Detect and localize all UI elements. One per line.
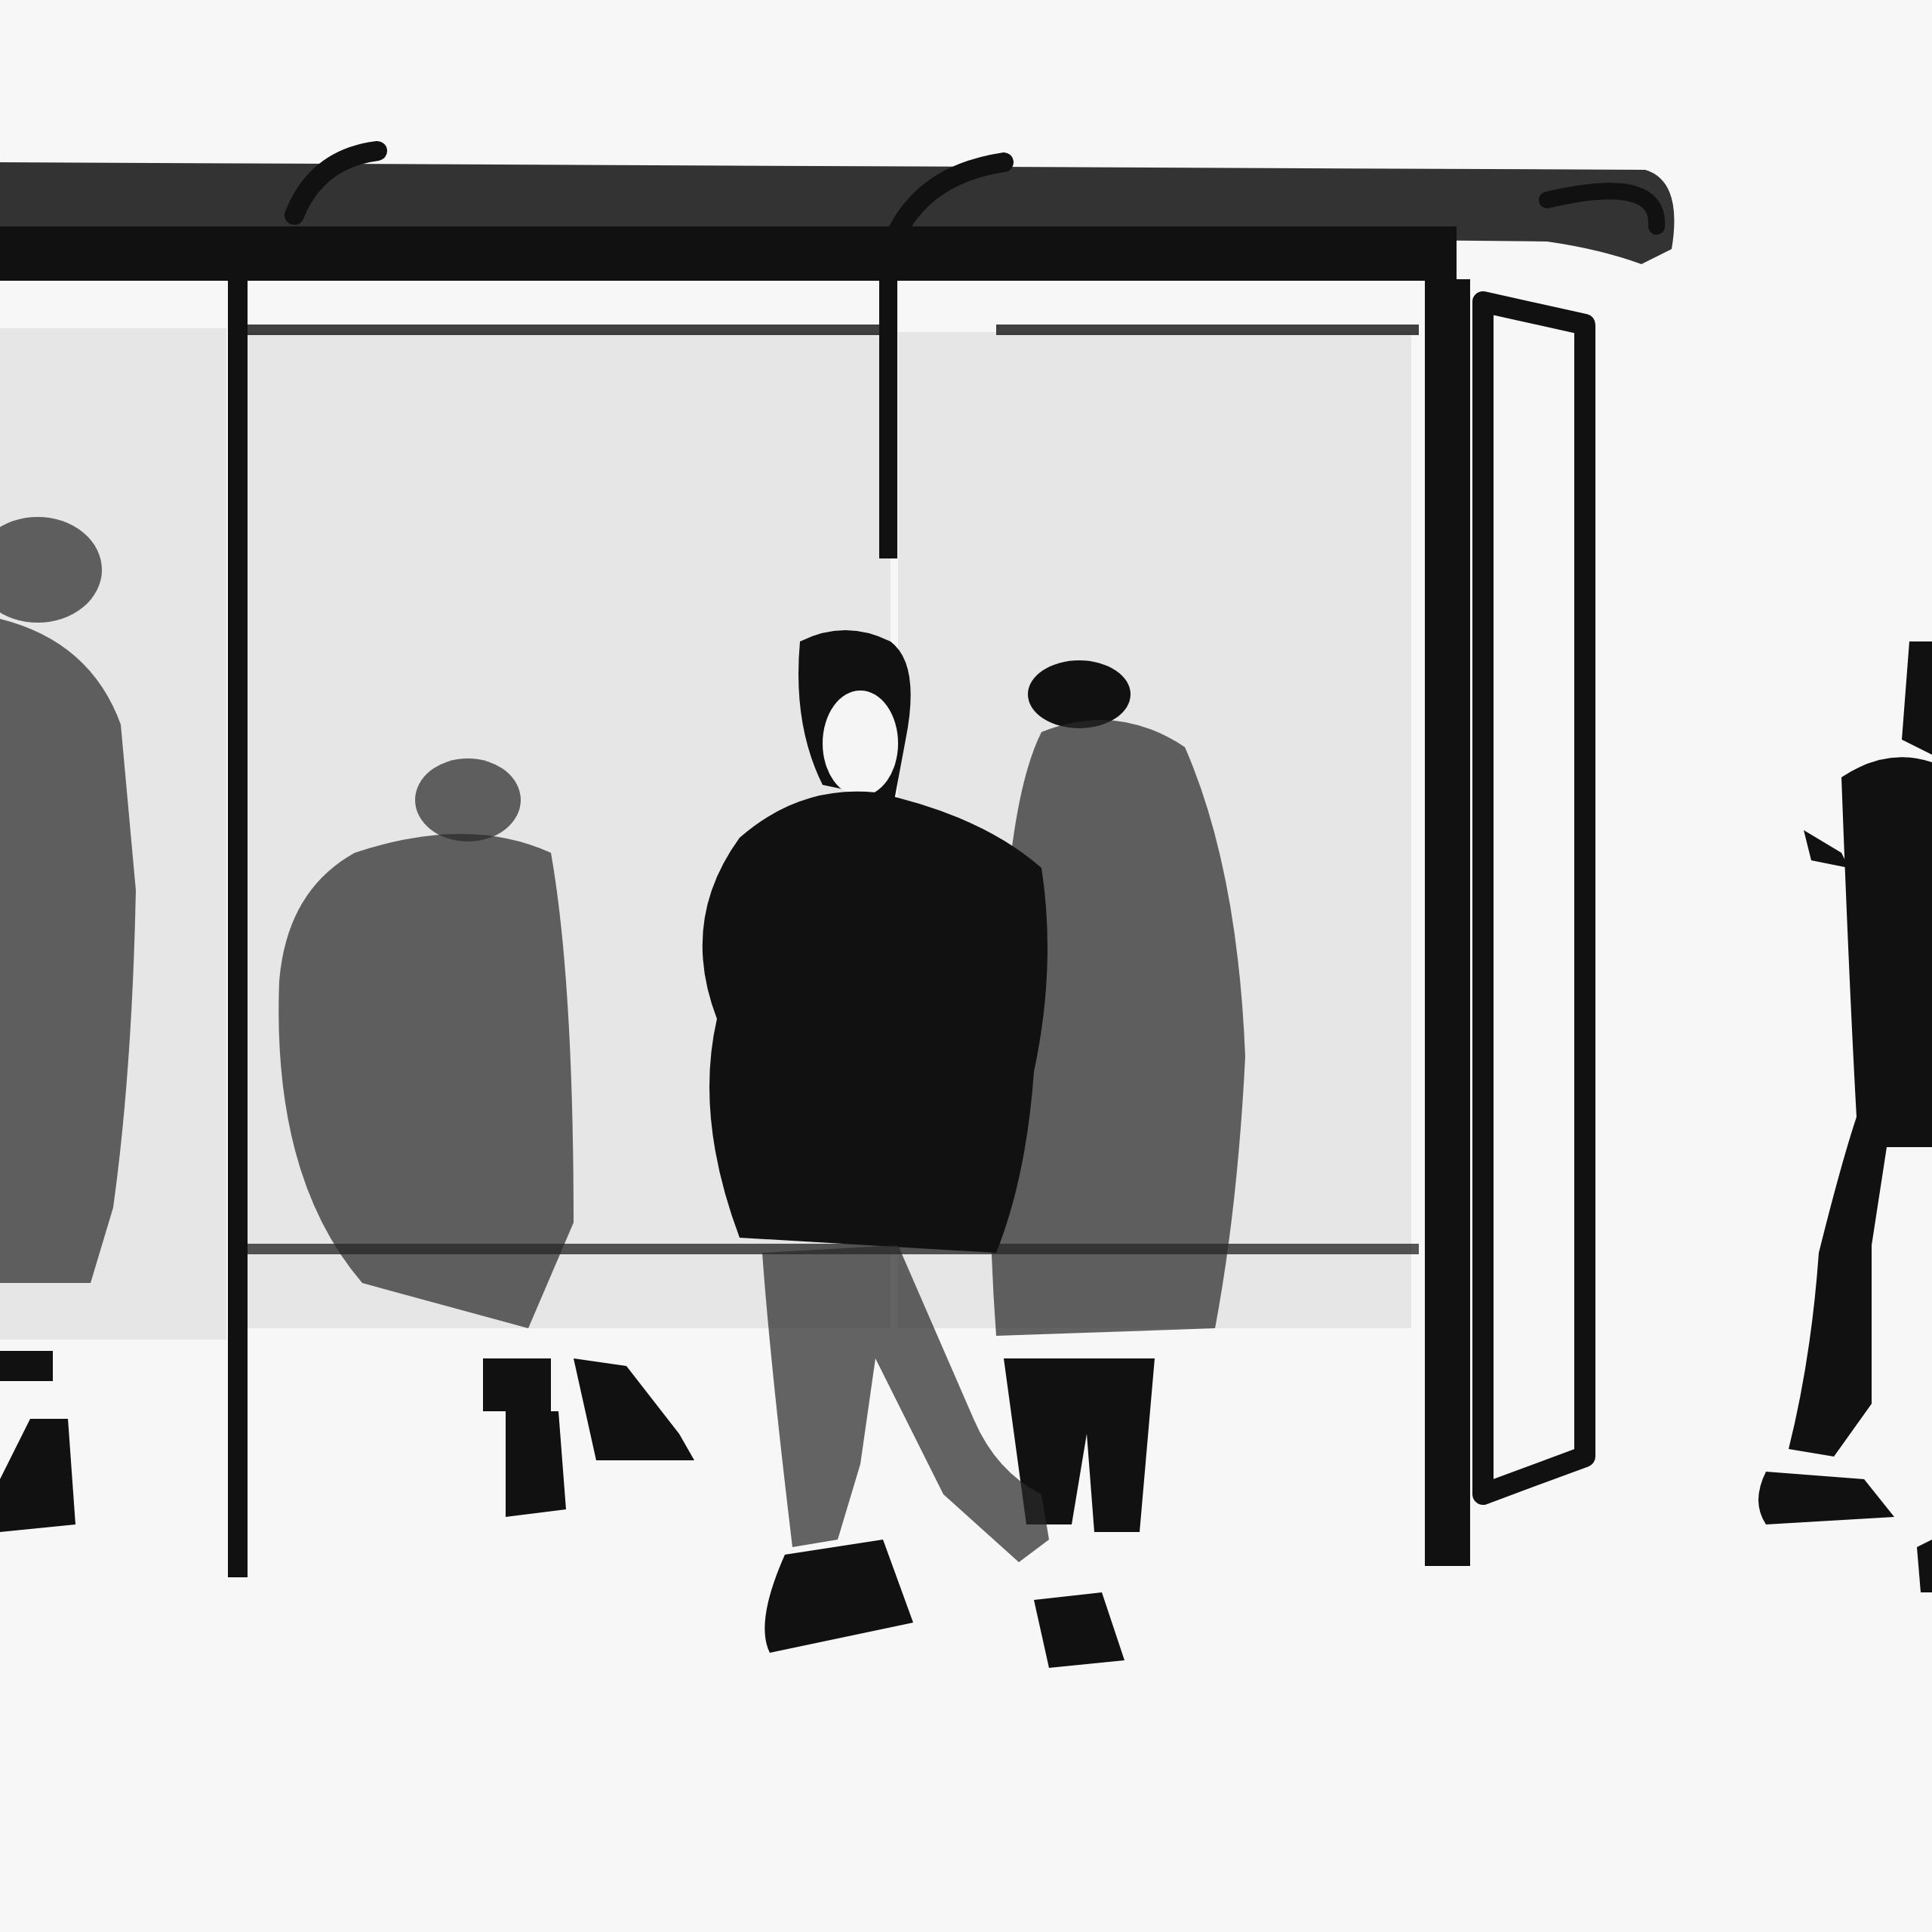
shelter-roof [0, 151, 1674, 281]
bus-stop-illustration [0, 0, 1932, 1932]
